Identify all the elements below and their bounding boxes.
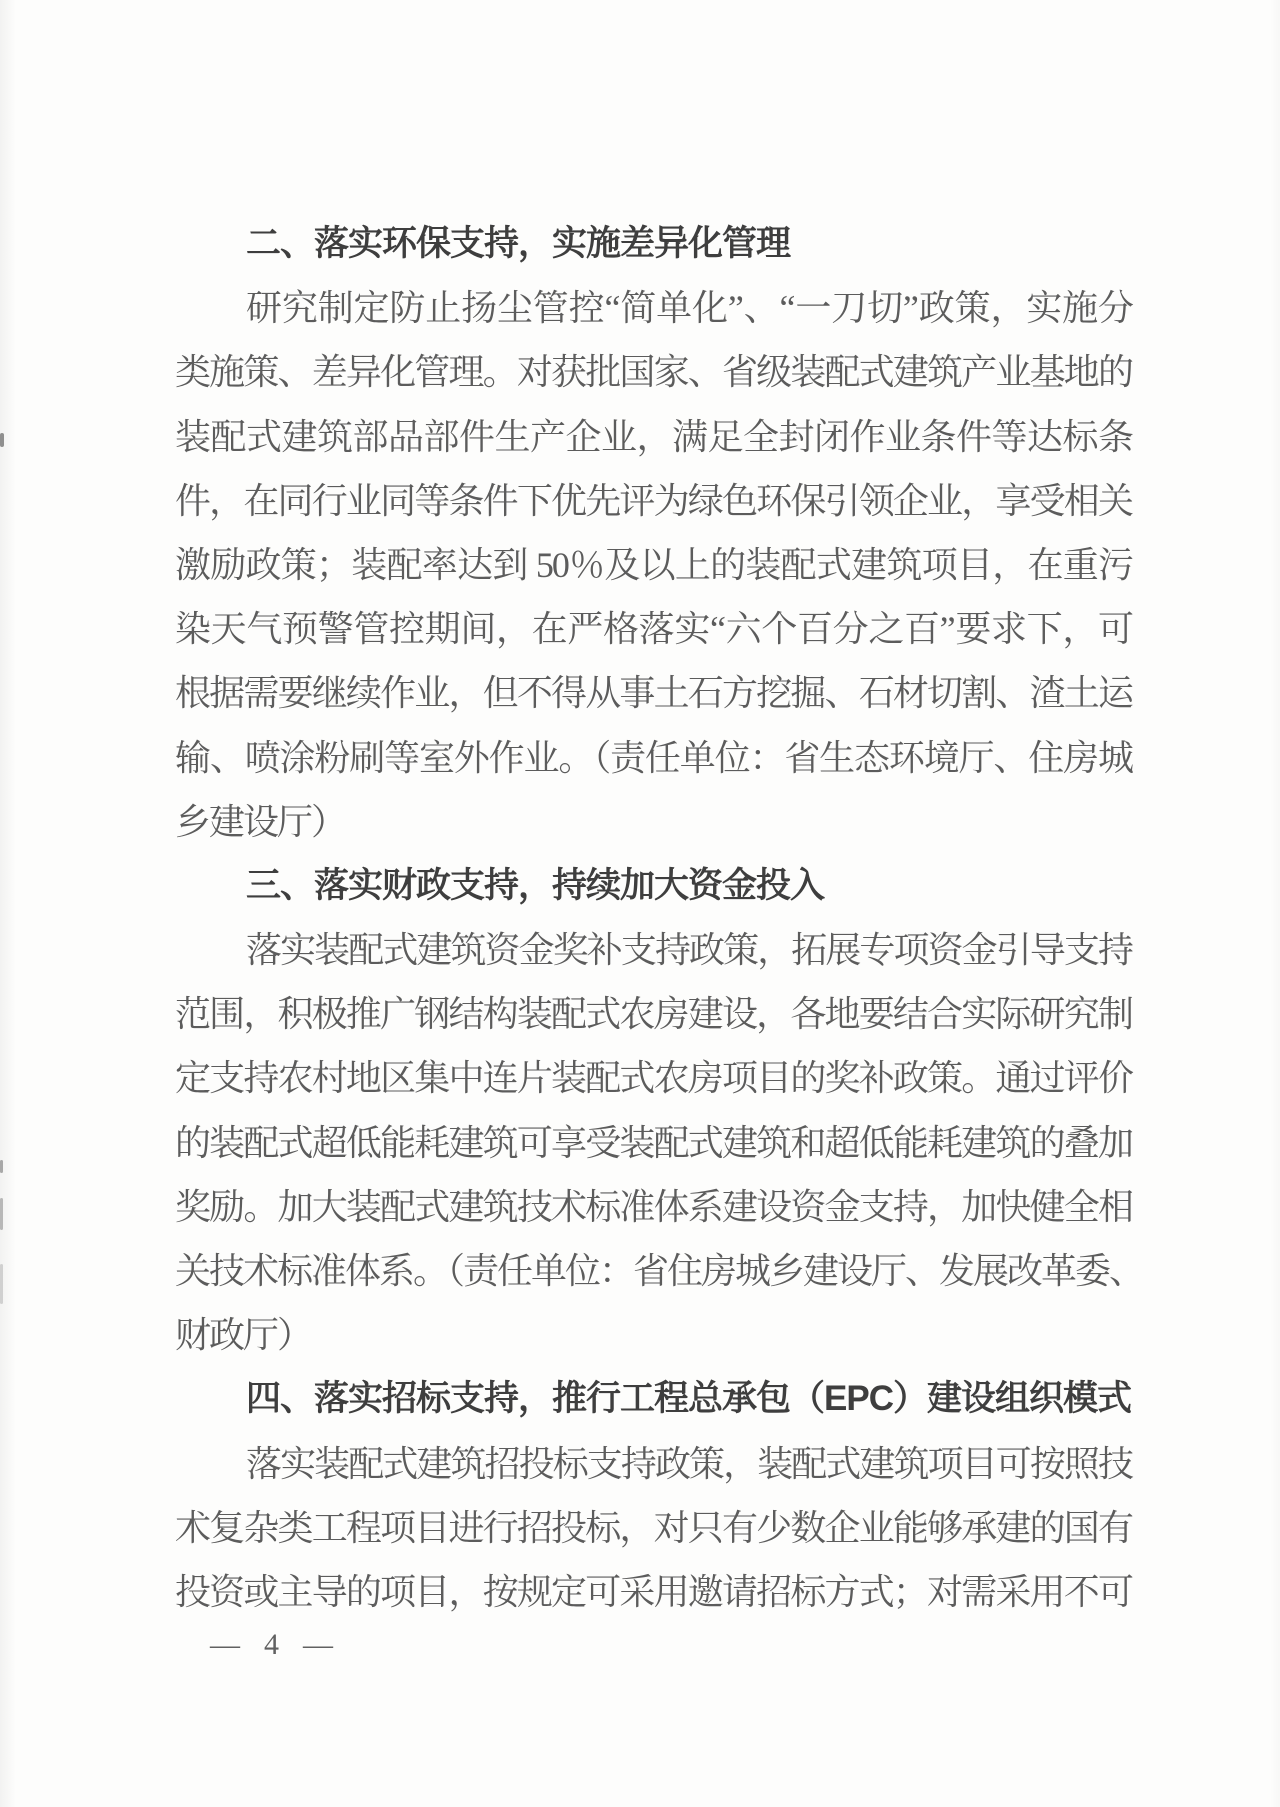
- body-line: 财政厅）: [175, 1303, 1132, 1367]
- body-line: 根据需要继续作业，但不得从事土石方挖掘、石材切割、渣土运: [175, 661, 1132, 725]
- section-heading: 二、落实环保支持，实施差异化管理: [175, 212, 1132, 276]
- body-line: 件，在同行业同等条件下优先评为绿色环保引领企业，享受相关: [175, 469, 1132, 533]
- body-line: 研究制定防止扬尘管控“简单化”、“一刀切”政策，实施分: [175, 276, 1132, 340]
- body-line: 激励政策；装配率达到 50％及以上的装配式建筑项目，在重污: [175, 533, 1132, 597]
- text-column: 二、落实环保支持，实施差异化管理研究制定防止扬尘管控“简单化”、“一刀切”政策，…: [175, 212, 1132, 1624]
- section-heading: 四、落实招标支持，推行工程总承包（EPC）建设组织模式: [175, 1367, 1132, 1431]
- body-line: 术复杂类工程项目进行招投标，对只有少数企业能够承建的国有: [175, 1496, 1132, 1560]
- body-line: 定支持农村地区集中连片装配式农房项目的奖补政策。通过评价: [175, 1046, 1132, 1110]
- body-line: 奖励。加大装配式建筑技术标准体系建设资金支持，加快健全相: [175, 1175, 1132, 1239]
- scan-artifact: [0, 1198, 3, 1230]
- body-line: 投资或主导的项目，按规定可采用邀请招标方式；对需采用不可: [175, 1560, 1132, 1624]
- body-line: 的装配式超低能耗建筑可享受装配式建筑和超低能耗建筑的叠加: [175, 1111, 1132, 1175]
- body-line: 落实装配式建筑招投标支持政策，装配式建筑项目可按照技: [175, 1432, 1132, 1496]
- footer-dash-right: —: [303, 1628, 333, 1662]
- body-line: 染天气预警管控期间，在严格落实“六个百分之百”要求下，可: [175, 597, 1132, 661]
- body-line: 落实装配式建筑资金奖补支持政策，拓展专项资金引导支持: [175, 918, 1132, 982]
- scan-artifact: [0, 433, 4, 447]
- body-line: 乡建设厅）: [175, 790, 1132, 854]
- body-line: 范围，积极推广钢结构装配式农房建设，各地要结合实际研究制: [175, 982, 1132, 1046]
- scan-artifact: [0, 1160, 3, 1173]
- footer-dash-left: —: [210, 1628, 240, 1662]
- body-line: 输、喷涂粉刷等室外作业。（责任单位：省生态环境厅、住房城: [175, 726, 1132, 790]
- body-line: 关技术标准体系。（责任单位：省住房城乡建设厅、发展改革委、: [175, 1239, 1132, 1303]
- page-footer: — 4 —: [210, 1628, 333, 1662]
- body-line: 装配式建筑部品部件生产企业，满足全封闭作业条件等达标条: [175, 405, 1132, 469]
- scan-artifact: [0, 1264, 3, 1304]
- page-number: 4: [264, 1628, 279, 1662]
- body-line: 类施策、差异化管理。对获批国家、省级装配式建筑产业基地的: [175, 340, 1132, 404]
- section-heading: 三、落实财政支持，持续加大资金投入: [175, 854, 1132, 918]
